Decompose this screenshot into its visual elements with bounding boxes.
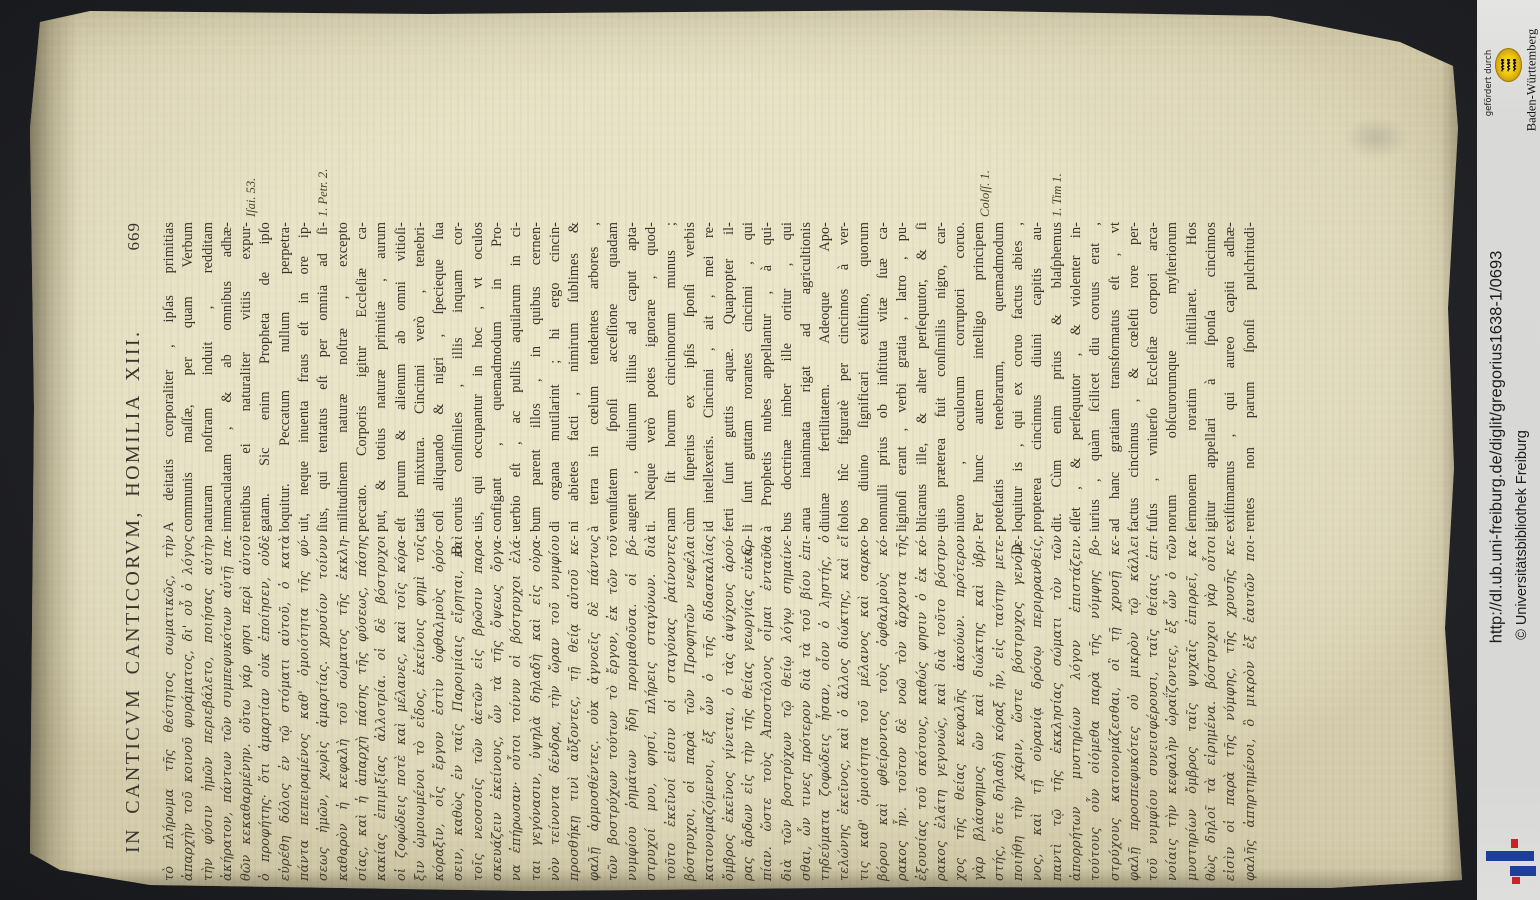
latin-text-line: ſermonem roratim inſtillaret. Hos (1183, 222, 1202, 532)
funder-name: Baden-Württemberg (1525, 29, 1540, 132)
greek-text-line: τούτους οὖν οἰόμεθα παρὰ τῆς νύμφης βο- (1086, 535, 1105, 881)
latin-text-line: bum parent illos , in quibus cernen- (527, 222, 546, 532)
greek-text-line: τοῦ νυμφίου συνεισφέρουσι, ταῖς θείαις ἐ… (1144, 535, 1163, 881)
ub-freiburg-logo-square (1511, 839, 1518, 848)
copyright-notice: © Universitätsbibliothek Freiburg (1514, 430, 1530, 640)
book-page-scan: IN CANTICVM CANTICORVM, HOMILIA XIII. 66… (30, 8, 1463, 895)
latin-text-line: quis præterea fuit conſimilis nigro, car… (932, 222, 951, 532)
latin-text-line: coſi aliquando & nigri , ſpecieque ſua (430, 222, 449, 532)
greek-text-line: εἰσὶν οἱ παρὰ τῆς νύμφης, τῆς χρυσῆς κε- (1221, 535, 1240, 881)
latin-text-line: ti. Neque verò potes ignorare , quod- (642, 222, 661, 532)
latin-text-line: rentes non parum ſponſi pulchritudi- (1241, 222, 1260, 532)
latin-text-line: à terra in cœlum tendentes arbores , (585, 222, 604, 532)
lion-icon (1507, 59, 1511, 72)
greek-text-line: φαλῇ ἁρμοσθέντες. οὐκ ἀγνοεῖς δὲ πάντως (585, 535, 604, 881)
latin-text-line: augent , diuinum illius ad caput apta- (623, 222, 642, 532)
greek-text-line: τὸ πλήρωμα τῆς θεότητος σωματικῶς, τὴν (160, 535, 179, 881)
latin-text-line: fuſus , vniuerſo Eccleſiæ corpori arca- (1144, 222, 1163, 532)
ub-freiburg-logo-square (1512, 877, 1520, 884)
greek-text-line: ἐξουσίας τοῦ σκότους, καθώς φησιν ὁ ἐκ κ… (913, 535, 932, 881)
latin-text-line: nam ſit horum cincinnorum munus ; (662, 222, 681, 532)
section-letter-d: D (1009, 537, 1026, 555)
latin-text-line: ſtolos hîc figuratè per cincinnos à ver- (835, 222, 854, 532)
greek-text-line: βόστρυχοι, οἱ παρὰ τῶν Προφητῶν νεφέλαι (681, 535, 700, 881)
section-letter-b: B (449, 537, 466, 555)
greek-text-line: ρακος ἐλάτη γεγονώς, καὶ διὰ τοῦτο βόστρ… (932, 535, 951, 881)
greek-text-line: τελώνης ἐκεῖνος, καὶ ὁ ἄλλος διώκτης, κα… (835, 535, 854, 881)
greek-text-line: να ἐπήρωσαν· οὗτοι τοίνυν οἱ βόστρυχοι ἐ… (507, 535, 526, 881)
running-header: IN CANTICVM CANTICORVM, HOMILIA XIII. 66… (122, 222, 145, 853)
latin-text-line: ſius, qui tentatus eſt per omnia ad ſi- (314, 222, 333, 532)
greek-text-line: στρυχοί μου, φησί, πλήρεις σταγόνων. διὰ (642, 535, 661, 881)
latin-text-line: militudinem naturæ noſtræ , excepto (334, 222, 353, 532)
latin-text-line: norum obſcurorumque myſteriorum (1163, 222, 1182, 532)
latin-text-line: immaculatam , & ab omnibus adhæ- (218, 222, 237, 532)
greek-text-line: θὼς δηλοῖ τὰ εἰρημένα. βόστρυχοι γὰρ οὗτ… (1202, 535, 1221, 881)
latin-text-line: uit, neque inuenta fraus eſt in ore ip- (295, 222, 314, 532)
latin-text-line: ferti ſunt guttis aquæ. Quapropter il- (720, 222, 739, 532)
latin-text-line: iurius , quàm ſcilicet diu coruus erat , (1086, 222, 1105, 532)
greek-text-line: ἀκήρατον, πάντων τῶν συμπεφυκότων αὐτῇ π… (218, 535, 237, 881)
metadata-strip: gefördert durch Baden-Württemberg http:/… (1477, 0, 1540, 900)
latin-text-line: gatam. Sic enim Propheta de ipſo (256, 222, 275, 532)
latin-text-line: A deitatis corporaliter , ipſas primitia… (160, 222, 179, 532)
margin-note-isaiah: Iſai. 53. (244, 178, 259, 217)
latin-text-line: diuinæ fertilitatem. Adeoque Apo- (816, 222, 835, 532)
greek-text-line: βόρου καὶ φθείροντος τοὺς ὀφθαλμοὺς κό- (874, 535, 893, 881)
latin-text-line: uis, qui occupantur in hoc , vt oculos (469, 222, 488, 532)
greek-text-line: τοῦτο ἐκεῖνοί εἰσιν οἱ σταγόνας ῥαίνοντε… (662, 535, 681, 881)
latin-text-line: naturam noſtram induit , redditam (199, 222, 218, 532)
greek-text-line: εὑρέθη δόλος ἐν τῷ στόματι αὐτοῦ, ὁ κατὰ (276, 535, 295, 881)
greek-text-line: ὁ προφήτης· ὅτι ἁμαρτίαν οὐκ ἐποίησεν, ο… (256, 535, 275, 881)
latin-text-line: configant , quemadmodum in Pro- (488, 222, 507, 532)
greek-text-line: τὴν φύσιν ἡμῶν περιεβάλετο, ποιήσας αὐτὴ… (199, 535, 218, 881)
greek-text-line: πάντα πεπειραμένος καθ' ὁμοιότητα τῆς φύ… (295, 535, 314, 881)
latin-text-line: loquitur is , qui ex coruo factus abies … (1009, 222, 1028, 532)
greek-text-line: νυμφίου ῥημάτων ἤδη προμαθοῦσα. οἱ βό- (623, 535, 642, 881)
greek-text-line: σίας, καὶ ἡ ἀπαρχὴ πάσης τῆς φύσεως, πάσ… (353, 535, 372, 881)
greek-text-line: στής, ὅτε δηλαδὴ κόραξ ἦν, εἰς ταύτην με… (990, 535, 1009, 881)
greek-text-line: γὰρ βλάσφημος ὢν καὶ διώκτης καὶ ὑβρι- (970, 535, 989, 881)
latin-text-line: dit. Cùm enim prius & blaſphemus (1048, 222, 1067, 532)
greek-text-line: νοίαις τὴν κεφαλὴν ὡραΐζοντες, ἐξ ὧν ὁ τ… (1163, 535, 1182, 881)
ub-freiburg-logo-bar (1486, 851, 1534, 861)
latin-text-line: di organa mutilarint ; hi ergo cincin- (546, 222, 565, 532)
margin-note-peter: 1. Petr. 2. (316, 169, 331, 217)
greek-text-line: τοῖς νεοσσοῖς τῶν ἀετῶν εἰς βρῶσιν παρα- (469, 535, 488, 881)
latin-text-line: li ſunt guttam rorantes cincinni , qui (739, 222, 758, 532)
latin-text-line: ni abietes facti , nimirum ſublimes & (565, 222, 584, 532)
greek-text-line: φαλῆς ἀπηρτημένοι, ὃ μικρὸν ἐξ ἑαυτῶν πο… (1241, 535, 1260, 881)
latin-text-line: ad hanc gratiam transformatus eſt , vt (1106, 222, 1125, 532)
greek-text-line: κακίας ἐπιμιξίας ἀλλοτρία. οἱ δὲ βόστρυχ… (372, 535, 391, 881)
greek-text-line: οἱ ζοφώδεις ποτὲ καὶ μέλανες, καὶ τοῖς κ… (392, 535, 411, 881)
latin-text-line: cùm ſuperius ex ipſis ſponſi verbis (681, 222, 700, 532)
greek-text-line: ρας ἄρδων εἰς τὴν τῆς θείας γεωργίας εὐκ… (739, 535, 758, 881)
greek-text-line: φαλῇ προσπεφυκότες οὐ μικρὸν τῷ κάλλει (1125, 535, 1144, 881)
greek-text-line: καθαρὸν ἡ κεφαλὴ τοῦ σώματος τῆς ἐκκλη- (334, 535, 353, 881)
latin-text-line: niuoro , oculorum corruptori coruo. (951, 222, 970, 532)
latin-text-line: à Prophetis nubes appellantur , à qui- (758, 222, 777, 532)
greek-text-line: νος, καὶ τῇ οὐρανίᾳ δρόσῳ περιρρανθείς, (1028, 535, 1047, 881)
latin-text-line: loquitur. Peccatum nullum perpetra- (276, 222, 295, 532)
greek-text-line: χος τῆς θείας κεφαλῆς ἀκούων. πρότερον (951, 535, 970, 881)
latin-text-line: venuſtatem ſponſi acceſſione quadam (604, 222, 623, 532)
latin-text-line: rentibus ei naturaliter vitiis expur- (237, 222, 256, 532)
greek-text-line: σειν, καθὼς ἐν ταῖς Παροιμίαις εἴρηται, … (449, 535, 468, 881)
greek-text-line: διὰ τῶν βοστρύχων τῷ θείῳ λόγῳ σημαίνε- (778, 535, 797, 881)
greek-text-line: ὄμβρος ἐκεῖνος γίνεται, ὁ τὰς ἀψύχους ἀρ… (720, 535, 739, 881)
persistent-url: http://dl.ub.uni-freiburg.de/diglit/greg… (1488, 251, 1507, 644)
margin-note-timothy: 1. Tim 1. (1050, 173, 1065, 217)
latin-text-line: peccato. Corporis igitur Eccleſiæ ca- (353, 222, 372, 532)
latin-text-line: tatis mixtura. Cincinni verò , tenebri- (411, 222, 430, 532)
latin-text-line: liginoſi erant , verbi gratia , latro , … (893, 222, 912, 532)
header-title: IN CANTICVM CANTICORVM, HOMILIA XIII. (122, 330, 145, 853)
greek-text-line: τῶν βοστρύχων τούτων τὸ ἔργον, ἐκ τῶν το… (604, 535, 623, 881)
latin-text-line: Per hunc autem intelligo principem (970, 222, 989, 532)
greek-text-line: κόραξιν, οἷς ἔργον ἐστὶν ὀφθαλμοὺς ὀρύσ- (430, 535, 449, 881)
page-number: 669 (124, 222, 144, 251)
latin-text-line: uerbio eſt , ac pullis aquilarum in ci- (507, 222, 526, 532)
ub-freiburg-logo-bar (1510, 866, 1536, 876)
greek-text-line: ποιήθη τὴν χάριν, ὥστε βόστρυχος γενόμε- (1009, 535, 1028, 881)
latin-text-line: bus doctrinæ imber ille oritur , qui (778, 222, 797, 532)
lion-icon (1513, 59, 1517, 72)
greek-text-line: ρακος ἦν. τοῦτον δὲ νοῶ τὸν ἄρχοντα τῆς (893, 535, 912, 881)
greek-text-line: κατονομαζόμενοι, ἐξ ὧν ὁ τῆς διδασκαλίας (700, 535, 719, 881)
baden-wuerttemberg-coat-of-arms-icon (1495, 48, 1522, 82)
greek-text-line: ἀπαρχὴν τοῦ κοινοῦ φυράματος, δι' οὗ ὁ λ… (179, 535, 198, 881)
latin-column: A deitatis corporaliter , ipſas primitia… (160, 222, 1260, 532)
latin-text-line: eſſet , & perſequutor , & violenter in- (1067, 222, 1086, 532)
greek-text-line: νὸν τείνοντα δένδρα, τὴν ὥραν τοῦ νυμφίο… (546, 535, 565, 881)
greek-text-line: ἀπορρήτων μυστηρίων λόγον ἐπιστάζειν. (1067, 535, 1086, 881)
section-letter-c: C (739, 537, 756, 555)
latin-text-line: put, & totius naturæ primitiæ , aurum (372, 222, 391, 532)
greek-text-line: τις καθ' ὁμοιότητα τοῦ μέλανος καὶ σαρκο… (855, 535, 874, 881)
latin-text-line: nonnulli prius ob inſtituta vitæ ſuæ ca- (874, 222, 893, 532)
greek-text-line: σθαι, ὧν τινες πρότερον διὰ τὰ τοῦ βίου … (797, 535, 816, 881)
latin-text-line: igitur appellari à ſponſa cincinnos (1202, 222, 1221, 532)
latin-text-line: factus cincinnus , & cœleſti rore per- (1125, 222, 1144, 532)
greek-text-line: στρύχους κατονομάζεσθαι, οἳ τῇ χρυσῇ κε- (1106, 535, 1125, 881)
latin-text-line: poteſtatis tenebrarum, quemadmodum (990, 222, 1009, 532)
rotated-page-content: IN CANTICVM CANTICORVM, HOMILIA XIII. 66… (30, 8, 1463, 895)
greek-text-line: θῶν κεκαθαρμένην. οὕτω γάρ φησι περὶ αὐτ… (237, 535, 256, 881)
greek-column: τὸ πλήρωμα τῆς θεότητος σωματικῶς, τὴνἀπ… (160, 535, 1260, 881)
greek-text-line: σκευάζειν ἐκείνους, ὧν τὰ τῆς ὄψεως ὄργα… (488, 535, 507, 881)
latin-text-line: communis maſſæ, per quam Verbum (179, 222, 198, 532)
greek-text-line: τηδεύματα ζοφώδεις ἦσαν, οἷον ὁ λῃστής, … (816, 535, 835, 881)
greek-text-line: ξιν ὡμοιωμένοι τὸ εἶδος, ἐκείνοις φημὶ τ… (411, 535, 430, 881)
latin-text-line: exiſtimamus , qui aureo capiti adhæ- (1221, 222, 1240, 532)
latin-text-line: propterea cincinnus diuini capitis au- (1028, 222, 1047, 532)
latin-text-line: arua inanimata rigat ad agricultionis (797, 222, 816, 532)
latin-text-line: bo diuino ſignificari exiſtimo, quorum (855, 222, 874, 532)
greek-text-line: πίαν. ὥστε τοὺς Ἀποστόλους οἶμαι ἐνταῦθα (758, 535, 777, 881)
greek-text-line: παντὶ τῷ τῆς ἐκκλησίας σώματι τὸν τῶν (1048, 535, 1067, 881)
latin-text-line: id intellexeris. Cincinni , ait , mei re… (700, 222, 719, 532)
latin-text-line: eſt purum & alienum ab omni vitioſi- (392, 222, 411, 532)
greek-text-line: προσθήκῃ τινὶ αὔξοντες, τῇ θείᾳ αὐτοῦ κε… (565, 535, 584, 881)
greek-text-line: μυστηρίων ὄμβρος ταῖς ψυχαῖς ἐπιρρεῖ, κα… (1183, 535, 1202, 881)
greek-text-line: ται γεγόνασιν, ὑψηλὰ δηλαδὴ καὶ εἰς οὐρα… (527, 535, 546, 881)
latin-text-line: blicanus ille, & alter perſequutor, & ſi (913, 222, 932, 532)
viewer-background: IN CANTICVM CANTICORVM, HOMILIA XIII. 66… (0, 0, 1540, 900)
latin-text-line: coruis conſimiles , illis inquam cor- (449, 222, 468, 532)
lion-icon (1501, 59, 1505, 72)
margin-note-colossians: Coloſſ. 1. (978, 170, 993, 217)
greek-text-line: σεως ἡμῶν, χωρὶς ἁμαρτίας. χρυσίον τοίνυ… (314, 535, 333, 881)
funder-label: gefördert durch (1484, 50, 1494, 116)
